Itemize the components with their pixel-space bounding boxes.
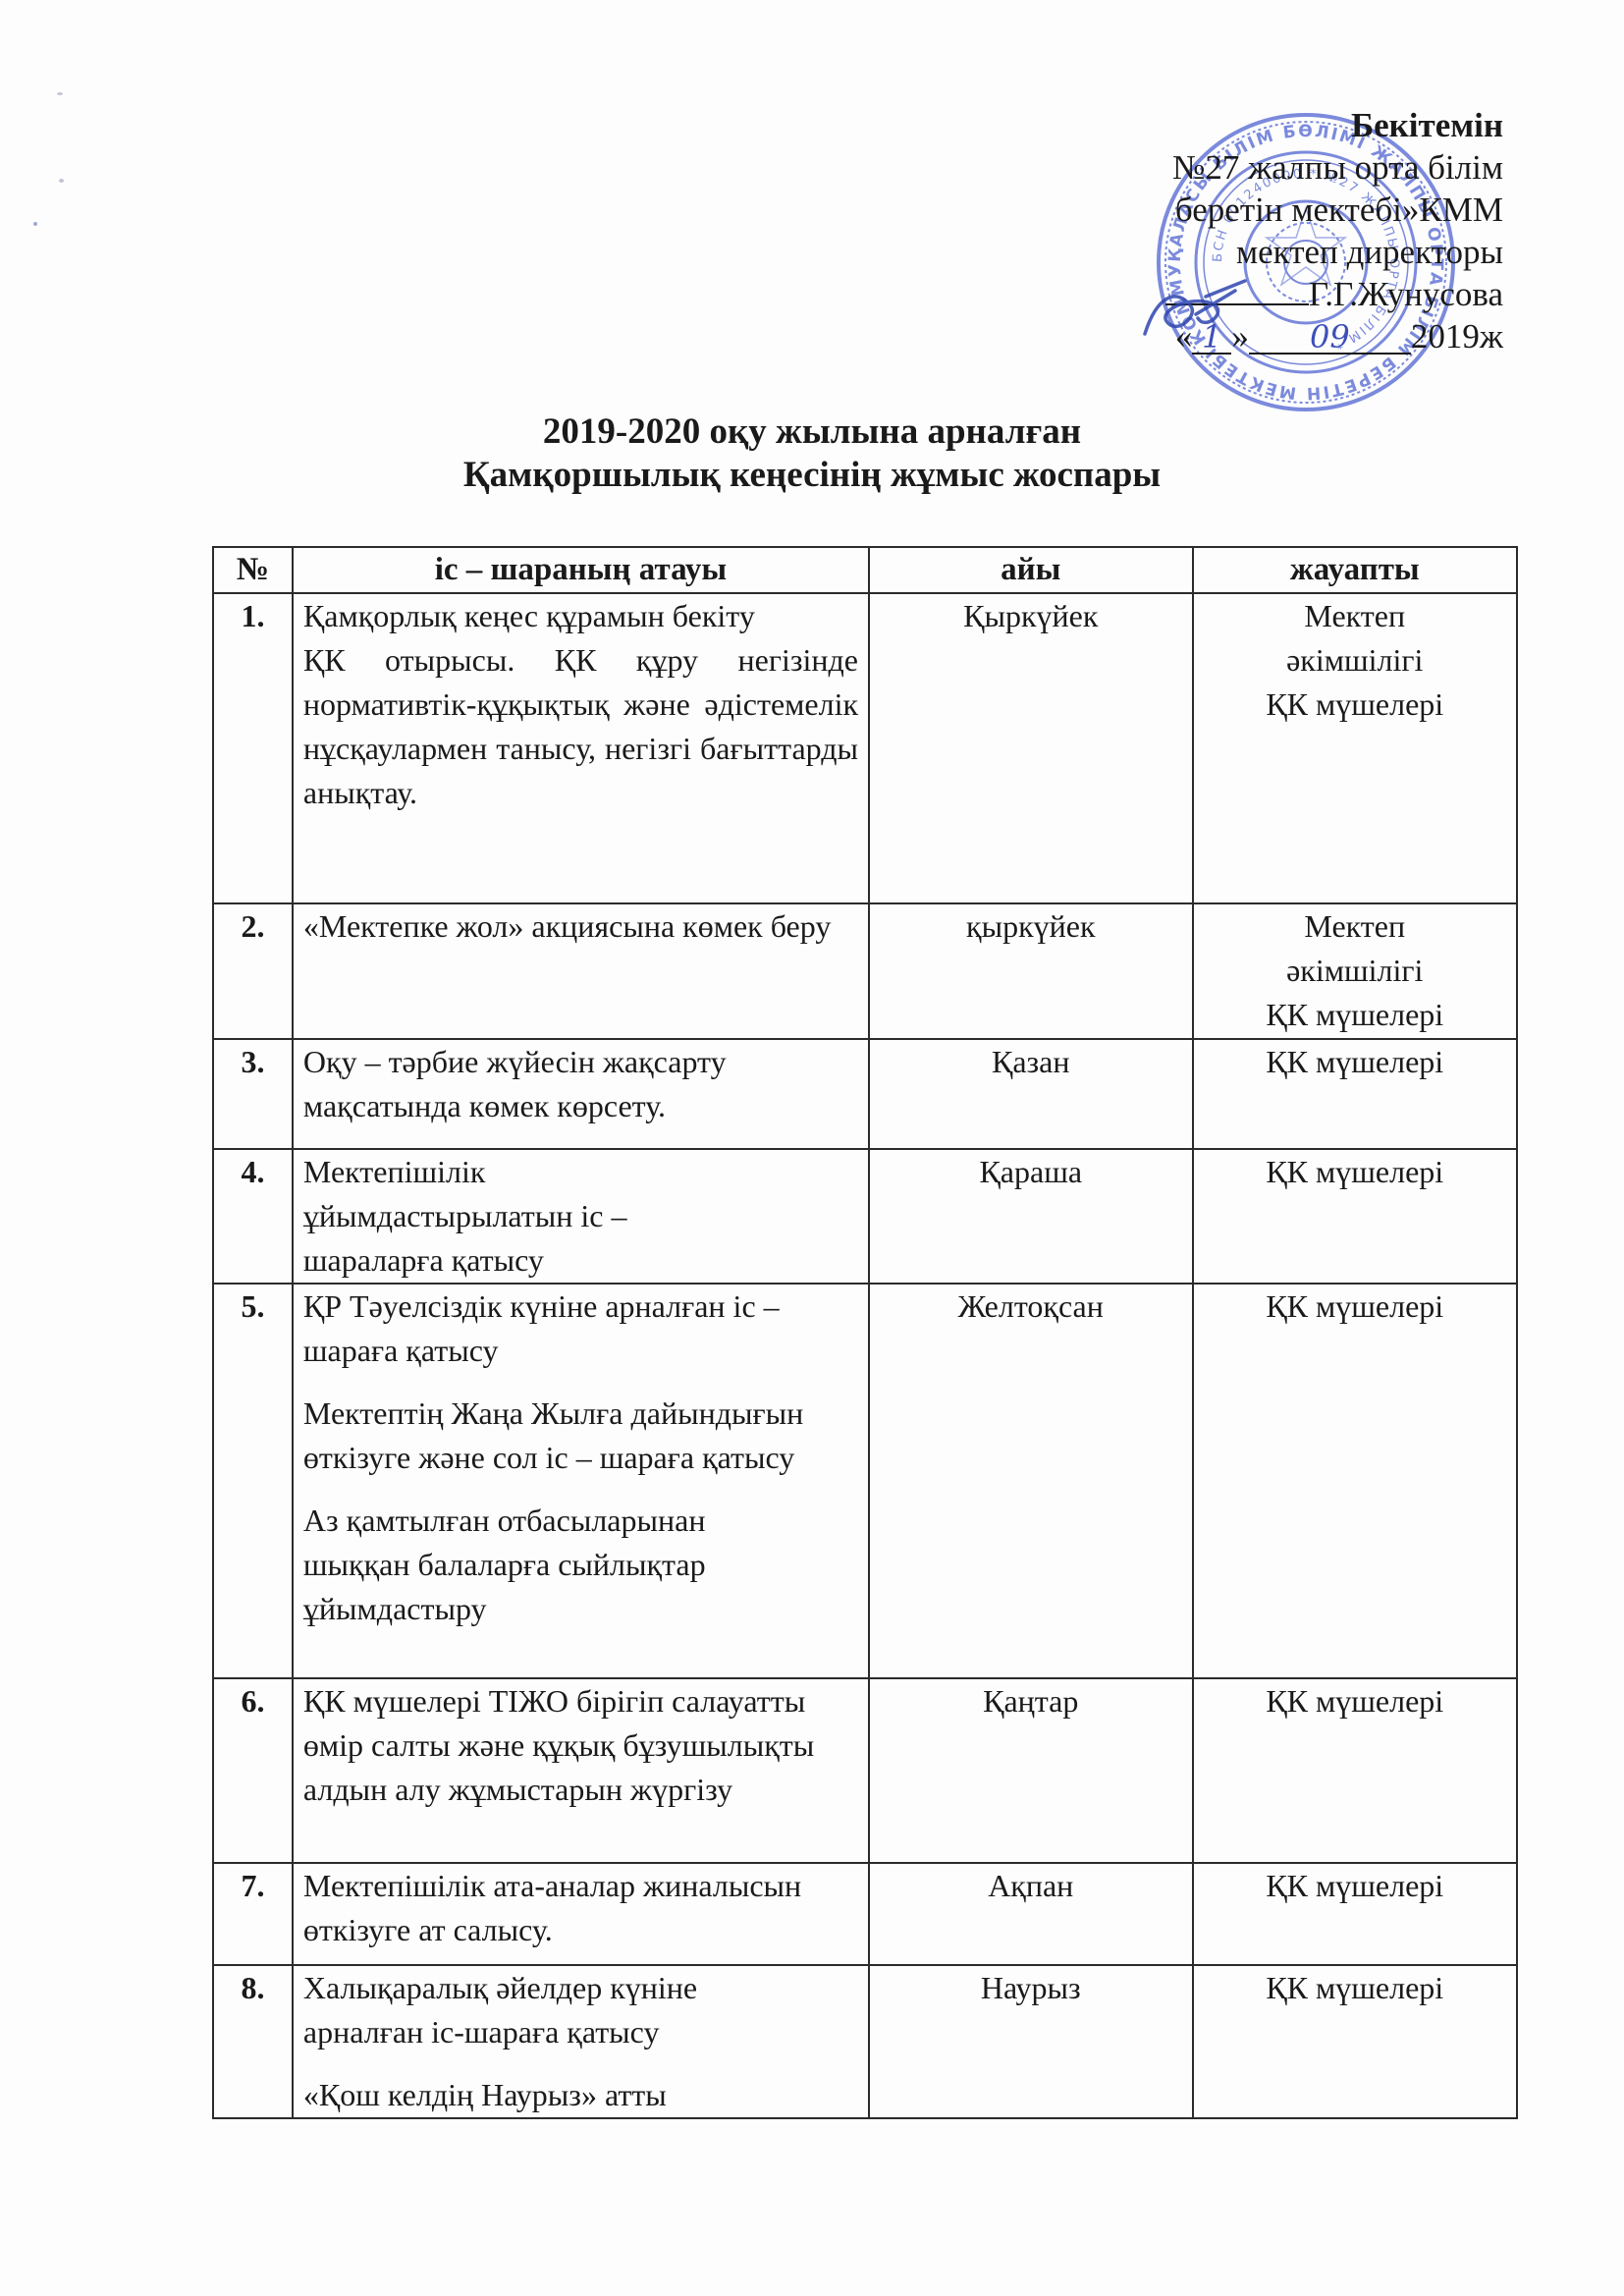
responsible-text: ҚК мүшелері <box>1204 1864 1507 1908</box>
row-num: 6. <box>213 1678 293 1863</box>
event-text: Мектепішілік ата-аналар жиналысын өткізу… <box>303 1864 834 1952</box>
header-event: іс – шараның атауы <box>293 547 869 593</box>
responsible-text: әкімшілігі <box>1204 638 1507 683</box>
date-year: 2019ж <box>1411 317 1503 355</box>
table-row: 8. Халықаралық әйелдер күніне арналған і… <box>213 1965 1517 2118</box>
title-line1: 2019-2020 оқу жылына арналған <box>0 410 1624 454</box>
row-month: Қазан <box>869 1039 1193 1149</box>
responsible-text: ҚК мүшелері <box>1204 1285 1507 1329</box>
row-event: ҚК мүшелері ТІЖО бірігіп салауатты өмір … <box>293 1678 869 1863</box>
table-row: 4. Мектепішілік ұйымдастырылатын іс – ша… <box>213 1149 1517 1284</box>
approval-name: Г.Г.Жунусова <box>1309 275 1503 313</box>
table-row: 3. Оқу – тәрбие жүйесін жақсарту мақсаты… <box>213 1039 1517 1149</box>
header-num: № <box>213 547 293 593</box>
responsible-text: ҚК мүшелері <box>1204 683 1507 727</box>
header-month: айы <box>869 547 1193 593</box>
approval-org-line1: №27 жалпы орта білім <box>1165 146 1503 189</box>
header-responsible: жауапты <box>1193 547 1518 593</box>
event-text: ҚК отырысы. ҚК құру негізінде нормативті… <box>303 638 858 815</box>
signature-icon <box>1137 277 1255 346</box>
table-row: 6. ҚК мүшелері ТІЖО бірігіп салауатты өм… <box>213 1678 1517 1863</box>
row-num: 1. <box>213 593 293 903</box>
table-row: 1. Қамқорлық кеңес құрамын бекіту ҚК оты… <box>213 593 1517 903</box>
row-num: 4. <box>213 1149 293 1284</box>
event-text: Аз қамтылған отбасыларынан шыққан балала… <box>303 1499 814 1631</box>
approval-position: мектеп директоры <box>1165 231 1503 273</box>
approval-org-line2: беретін мектебі»КММ <box>1165 189 1503 231</box>
row-month: Қыркүйек <box>869 593 1193 903</box>
responsible-text: ҚК мүшелері <box>1204 1966 1507 2010</box>
scan-speck <box>59 179 64 183</box>
scan-speck <box>57 92 63 95</box>
row-num: 3. <box>213 1039 293 1149</box>
responsible-text: Мектеп <box>1204 594 1507 638</box>
responsible-text: ҚК мүшелері <box>1204 1040 1507 1084</box>
row-num: 7. <box>213 1863 293 1965</box>
row-responsible: ҚК мүшелері <box>1193 1863 1518 1965</box>
row-event: Мектепішілік ата-аналар жиналысын өткізу… <box>293 1863 869 1965</box>
event-text: ҚР Тәуелсіздік күніне арналған іс – шара… <box>303 1285 853 1373</box>
work-plan-table: № іс – шараның атауы айы жауапты 1. Қамқ… <box>212 546 1518 2119</box>
title-line2: Қамқоршылық кеңесінің жұмыс жоспары <box>0 454 1624 497</box>
responsible-text: ҚК мүшелері <box>1204 1679 1507 1723</box>
approval-title: Бекітемін <box>1165 104 1503 146</box>
row-num: 2. <box>213 903 293 1039</box>
row-responsible: ҚК мүшелері <box>1193 1284 1518 1678</box>
row-month: Желтоқсан <box>869 1284 1193 1678</box>
table-header-row: № іс – шараның атауы айы жауапты <box>213 547 1517 593</box>
row-month: Қаңтар <box>869 1678 1193 1863</box>
row-event: «Мектепке жол» акциясына көмек беру <box>293 903 869 1039</box>
event-text: «Мектепке жол» акциясына көмек беру <box>303 904 858 949</box>
table-row: 2. «Мектепке жол» акциясына көмек беру қ… <box>213 903 1517 1039</box>
row-month: Наурыз <box>869 1965 1193 2118</box>
row-event: Оқу – тәрбие жүйесін жақсарту мақсатында… <box>293 1039 869 1149</box>
event-text: Қамқорлық кеңес құрамын бекіту <box>303 594 858 638</box>
row-responsible: ҚК мүшелері <box>1193 1678 1518 1863</box>
row-month: Қараша <box>869 1149 1193 1284</box>
event-text: Оқу – тәрбие жүйесін жақсарту мақсатында… <box>303 1040 858 1128</box>
row-responsible: Мектеп әкімшілігі ҚК мүшелері <box>1193 903 1518 1039</box>
row-responsible: Мектеп әкімшілігі ҚК мүшелері <box>1193 593 1518 903</box>
table-row: 5. ҚР Тәуелсіздік күніне арналған іс – ш… <box>213 1284 1517 1678</box>
event-text: ҚК мүшелері ТІЖО бірігіп салауатты өмір … <box>303 1679 834 1812</box>
row-event: Қамқорлық кеңес құрамын бекіту ҚК отырыс… <box>293 593 869 903</box>
event-text: «Қош келдің Наурыз» атты <box>303 2073 858 2117</box>
scan-speck <box>33 222 37 226</box>
event-text: Мектепішілік ұйымдастырылатын іс – шарал… <box>303 1150 627 1283</box>
responsible-text: ҚК мүшелері <box>1204 1150 1507 1194</box>
row-month: қыркүйек <box>869 903 1193 1039</box>
event-text: Мектептің Жаңа Жылға дайындығын өткізуге… <box>303 1392 853 1480</box>
row-event: Мектепішілік ұйымдастырылатын іс – шарал… <box>293 1149 869 1284</box>
event-text: Халықаралық әйелдер күніне арналған іс-ш… <box>303 1966 814 2054</box>
row-event: ҚР Тәуелсіздік күніне арналған іс – шара… <box>293 1284 869 1678</box>
row-responsible: ҚК мүшелері <box>1193 1965 1518 2118</box>
row-num: 8. <box>213 1965 293 2118</box>
responsible-text: Мектеп <box>1204 904 1507 949</box>
table-row: 7. Мектепішілік ата-аналар жиналысын өтк… <box>213 1863 1517 1965</box>
responsible-text: ҚК мүшелері <box>1204 993 1507 1037</box>
date-month: 09 <box>1249 321 1411 355</box>
document-title: 2019-2020 оқу жылына арналған Қамқоршылы… <box>0 410 1624 497</box>
row-responsible: ҚК мүшелері <box>1193 1149 1518 1284</box>
row-responsible: ҚК мүшелері <box>1193 1039 1518 1149</box>
responsible-text: әкімшілігі <box>1204 949 1507 993</box>
row-num: 5. <box>213 1284 293 1678</box>
row-event: Халықаралық әйелдер күніне арналған іс-ш… <box>293 1965 869 2118</box>
row-month: Ақпан <box>869 1863 1193 1965</box>
